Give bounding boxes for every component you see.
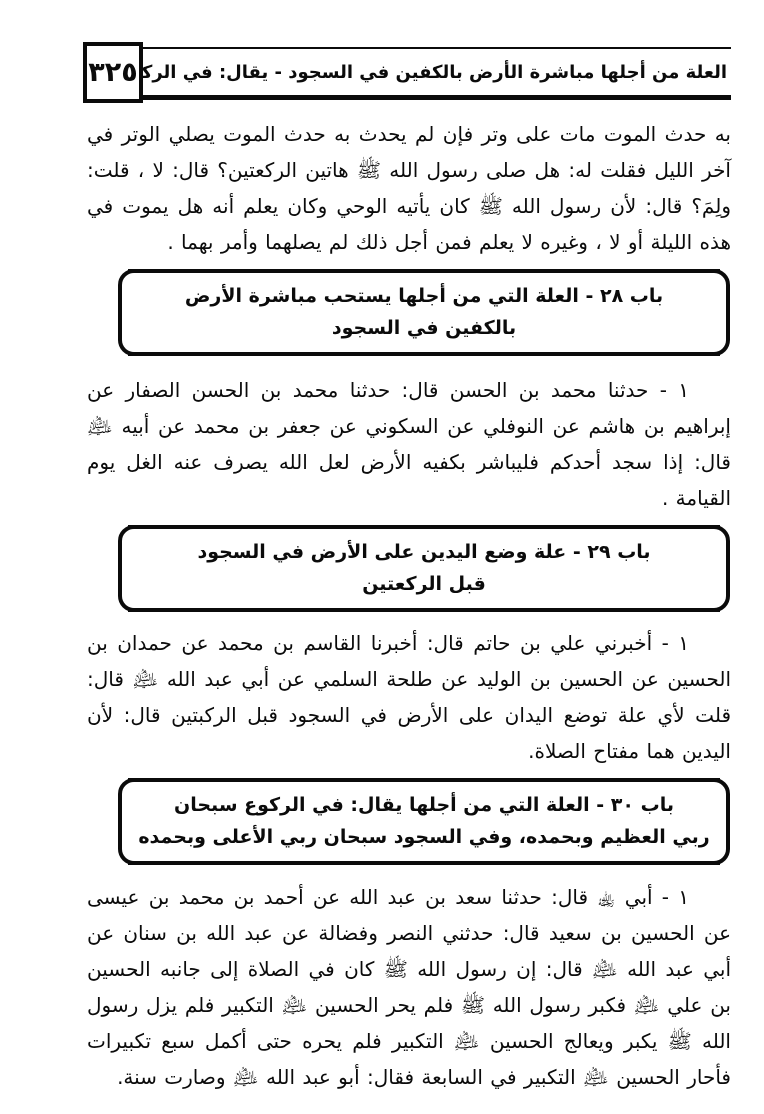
page-header: ٣٢٥ العلة من أجلها مباشرة الأرض بالكفين … xyxy=(87,47,731,100)
book-page: ٣٢٥ العلة من أجلها مباشرة الأرض بالكفين … xyxy=(0,0,764,1114)
chapter-heading-box-29: باب ٢٩ - علة وضع اليدين على الأرض في الس… xyxy=(118,525,730,612)
running-title: العلة من أجلها مباشرة الأرض بالكفين في ا… xyxy=(87,62,731,83)
chapter-28-title-line-2: بالكفين في السجود xyxy=(134,312,714,344)
hadith-paragraph-30: ١ - أبي ﵀ قال: حدثنا سعد بن عبد الله عن … xyxy=(87,879,731,1095)
chapter-heading-box-28: باب ٢٨ - العلة التي من أجلها يستحب مباشر… xyxy=(118,269,730,356)
chapter-30-title-line-1: باب ٣٠ - العلة التي من أجلها يقال: في ال… xyxy=(134,789,714,821)
chapter-28-title-line-1: باب ٢٨ - العلة التي من أجلها يستحب مباشر… xyxy=(134,280,714,312)
hadith-paragraph-28: ١ - حدثنا محمد بن الحسن قال: حدثنا محمد … xyxy=(87,372,731,516)
chapter-30-title-line-2: ربي العظيم وبحمده، وفي السجود سبحان ربي … xyxy=(134,821,714,853)
hadith-paragraph-29: ١ - أخبرني علي بن حاتم قال: أخبرنا القاس… xyxy=(87,625,731,769)
intro-paragraph: به حدث الموت مات على وتر فإن لم يحدث به … xyxy=(87,116,731,260)
chapter-29-title-line-2: قبل الركعتين xyxy=(134,568,714,600)
chapter-heading-box-30: باب ٣٠ - العلة التي من أجلها يقال: في ال… xyxy=(118,778,730,865)
page-number-badge: ٣٢٥ xyxy=(83,42,143,103)
chapter-29-title-line-1: باب ٢٩ - علة وضع اليدين على الأرض في الس… xyxy=(134,536,714,568)
